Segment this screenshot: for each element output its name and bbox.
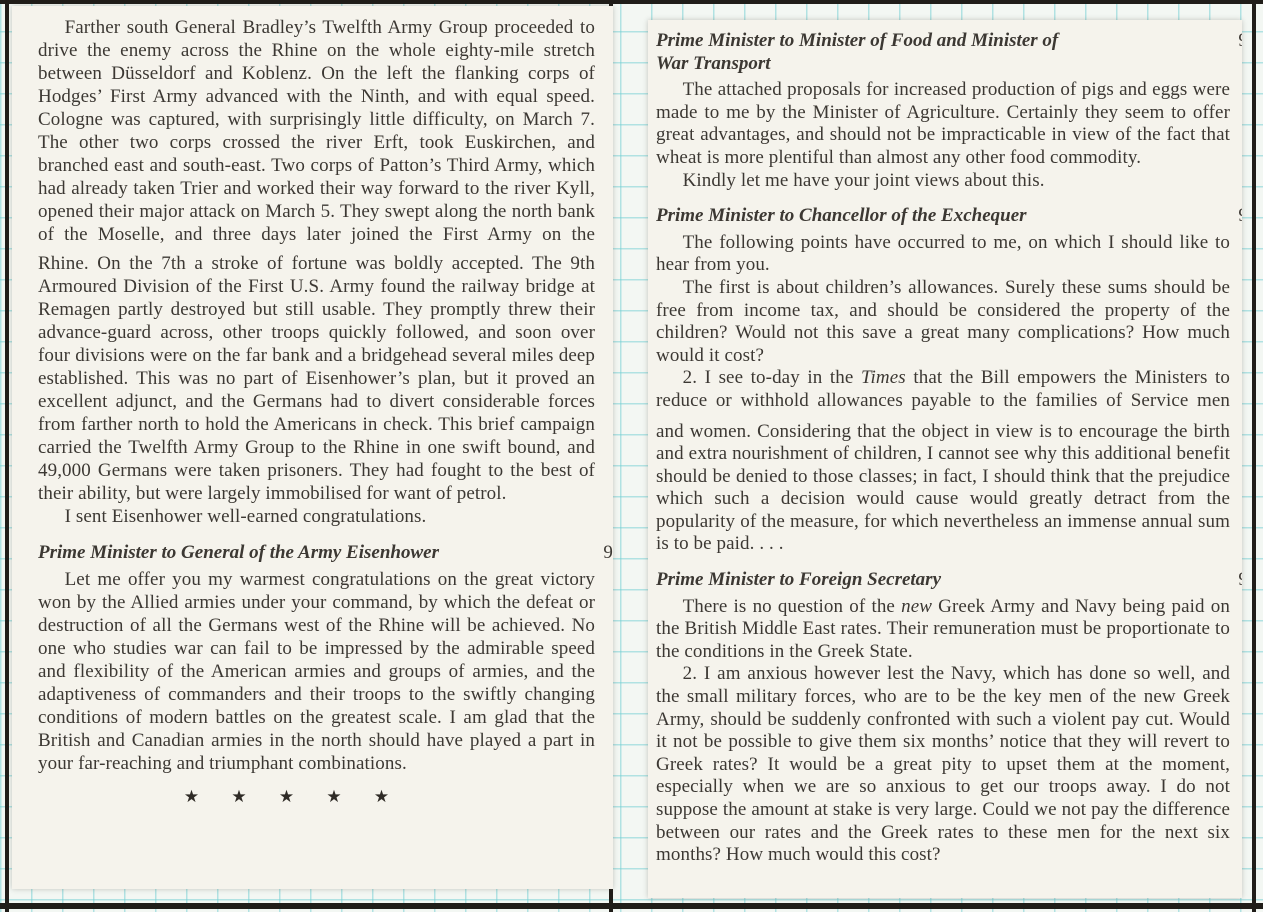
narrative-paragraph-part1: Farther south General Bradley’s Twelfth … bbox=[38, 16, 595, 246]
minute-date: 9 Mar 45 bbox=[1238, 30, 1242, 53]
minute-body-paragraph: The attached proposals for increased pro… bbox=[656, 79, 1230, 169]
ruled-line-left bbox=[5, 0, 9, 912]
minute-heading-title: Prime Minister to Foreign Secretary bbox=[656, 569, 1144, 592]
minute-heading-title-line2: War Transport bbox=[656, 53, 1144, 76]
narrative-paragraph-part2: Rhine. On the 7th a stroke of fortune wa… bbox=[38, 252, 595, 505]
minute-heading-eisenhower: Prime Minister to General of the Army Ei… bbox=[38, 541, 595, 564]
narrative-paragraph-congratulations: I sent Eisenhower well-earned congratula… bbox=[38, 505, 595, 528]
minute-date: 9 Mar 45 bbox=[1238, 569, 1242, 592]
ruled-line-right bbox=[1252, 0, 1256, 912]
italic-word-new: new bbox=[901, 596, 932, 617]
minute-body-paragraph-part1: 2. I see to-day in the Times that the Bi… bbox=[656, 367, 1230, 412]
minute-date: 9 Mar 45 bbox=[603, 541, 613, 564]
minute-body-paragraph-part2: and women. Considering that the object i… bbox=[656, 421, 1230, 557]
right-page-clipping: Prime Minister to Minister of Food and M… bbox=[648, 20, 1242, 898]
minute-heading-title: Prime Minister to Chancellor of the Exch… bbox=[656, 205, 1144, 228]
minute-heading-title: Prime Minister to General of the Army Ei… bbox=[38, 541, 509, 564]
minute-heading-chancellor: Prime Minister to Chancellor of the Exch… bbox=[656, 205, 1230, 228]
paragraph-text: 2. I see to-day in the bbox=[683, 367, 861, 388]
scrapbook-graph-paper: Farther south General Bradley’s Twelfth … bbox=[0, 0, 1263, 912]
paragraph-text: There is no question of the bbox=[683, 596, 902, 617]
ruled-line-top bbox=[0, 0, 1263, 4]
ruled-line-bottom bbox=[0, 903, 1263, 909]
minute-body-paragraph: The first is about children’s allowances… bbox=[656, 277, 1230, 367]
left-page-clipping: Farther south General Bradley’s Twelfth … bbox=[12, 6, 613, 889]
minute-heading-foreign-secretary: Prime Minister to Foreign Secretary 9 Ma… bbox=[656, 569, 1230, 592]
minute-body-paragraph: The following points have occurred to me… bbox=[656, 232, 1230, 277]
italic-word-times: Times bbox=[861, 367, 906, 388]
minute-heading-food-war-transport: Prime Minister to Minister of Food and M… bbox=[656, 30, 1230, 75]
minute-heading-title-line1: Prime Minister to Minister of Food and M… bbox=[656, 30, 1144, 53]
minute-body-eisenhower: Let me offer you my warmest congratulati… bbox=[38, 568, 595, 775]
section-break-stars: ★ ★ ★ ★ ★ bbox=[12, 785, 565, 808]
minute-body-paragraph: There is no question of the new Greek Ar… bbox=[656, 596, 1230, 664]
minute-date: 9 Mar 45 bbox=[1238, 205, 1242, 228]
minute-body-paragraph: 2. I am anxious however lest the Navy, w… bbox=[656, 663, 1230, 866]
minute-body-paragraph: Kindly let me have your joint views abou… bbox=[656, 170, 1230, 193]
